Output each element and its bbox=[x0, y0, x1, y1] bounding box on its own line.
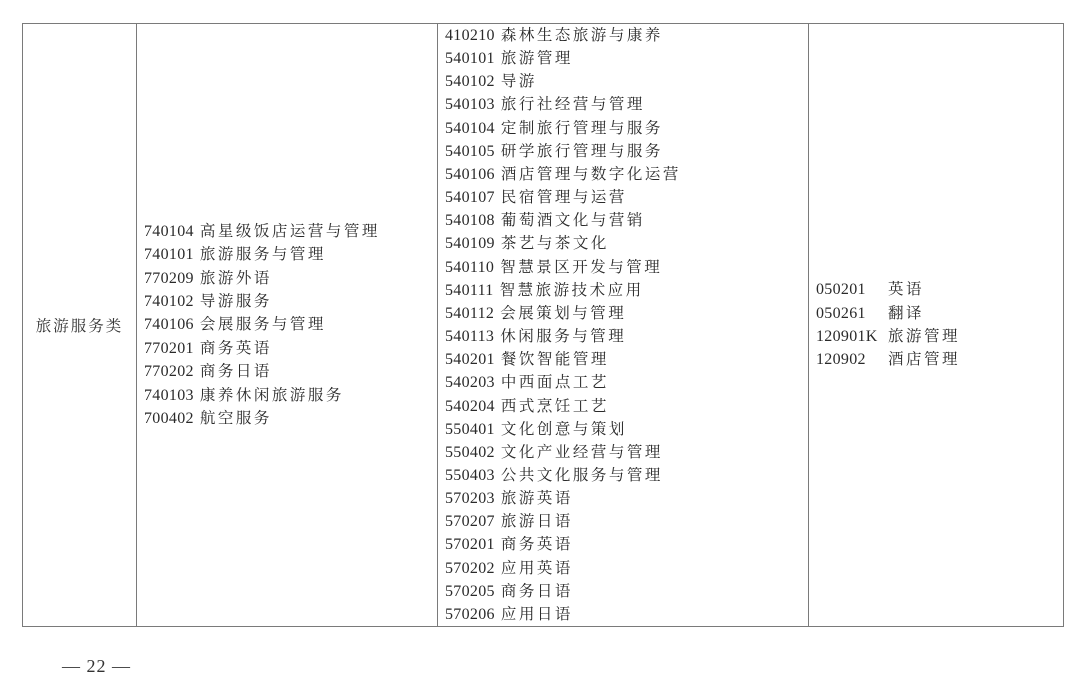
list-item: 550402文化产业经营与管理 bbox=[445, 441, 808, 464]
list-item: 550401文化创意与策划 bbox=[445, 418, 808, 441]
major-name: 旅游管理 bbox=[501, 49, 573, 67]
major-code: 540107 bbox=[445, 187, 495, 209]
list-item: 540108葡萄酒文化与营销 bbox=[445, 209, 808, 232]
list-item: 570206应用日语 bbox=[445, 603, 808, 626]
major-name: 西式烹饪工艺 bbox=[501, 397, 609, 415]
major-code: 570201 bbox=[445, 534, 495, 556]
major-name: 旅游英语 bbox=[501, 489, 573, 507]
major-catalog-table: 旅游服务类 740104高星级饭店运营与管理740101旅游服务与管理77020… bbox=[22, 23, 1064, 627]
table-row: 旅游服务类 740104高星级饭店运营与管理740101旅游服务与管理77020… bbox=[23, 24, 1064, 627]
major-code: 740102 bbox=[144, 291, 194, 313]
major-code: 540105 bbox=[445, 141, 495, 163]
page-number-value: 22 bbox=[87, 656, 107, 676]
major-name: 森林生态旅游与康养 bbox=[501, 26, 663, 44]
list-item: 540109茶艺与茶文化 bbox=[445, 232, 808, 255]
undergraduate-list: 050201英语050261翻译120901K旅游管理120902酒店管理 bbox=[809, 278, 1063, 372]
major-code: 740106 bbox=[144, 314, 194, 336]
major-name: 茶艺与茶文化 bbox=[501, 234, 609, 252]
major-code: 570207 bbox=[445, 511, 495, 533]
major-name: 智慧旅游技术应用 bbox=[500, 281, 644, 299]
major-name: 高星级饭店运营与管理 bbox=[200, 222, 380, 240]
secondary-vocational-cell: 740104高星级饭店运营与管理740101旅游服务与管理770209旅游外语7… bbox=[137, 24, 438, 627]
list-item: 540103旅行社经营与管理 bbox=[445, 93, 808, 116]
major-name: 航空服务 bbox=[200, 409, 272, 427]
major-name: 商务英语 bbox=[200, 339, 272, 357]
major-code: 540108 bbox=[445, 210, 495, 232]
major-name: 旅游管理 bbox=[888, 327, 960, 345]
major-code: 770201 bbox=[144, 338, 194, 360]
major-name: 应用英语 bbox=[501, 559, 573, 577]
higher-vocational-list: 410210森林生态旅游与康养540101旅游管理540102导游540103旅… bbox=[438, 24, 808, 626]
list-item: 540201餐饮智能管理 bbox=[445, 348, 808, 371]
major-code: 570205 bbox=[445, 581, 495, 603]
list-item: 740106会展服务与管理 bbox=[144, 313, 437, 336]
major-code: 540204 bbox=[445, 396, 495, 418]
major-code: 540109 bbox=[445, 233, 495, 255]
major-code: 540102 bbox=[445, 71, 495, 93]
major-name: 旅游服务与管理 bbox=[200, 245, 326, 263]
list-item: 740102导游服务 bbox=[144, 290, 437, 313]
list-item: 740101旅游服务与管理 bbox=[144, 243, 437, 266]
document-page: 旅游服务类 740104高星级饭店运营与管理740101旅游服务与管理77020… bbox=[0, 0, 1080, 693]
list-item: 770209旅游外语 bbox=[144, 267, 437, 290]
list-item: 700402航空服务 bbox=[144, 407, 437, 430]
major-code: 740101 bbox=[144, 244, 194, 266]
major-name: 文化创意与策划 bbox=[501, 420, 627, 438]
major-code: 410210 bbox=[445, 25, 495, 47]
higher-vocational-cell: 410210森林生态旅游与康养540101旅游管理540102导游540103旅… bbox=[438, 24, 809, 627]
list-item: 410210森林生态旅游与康养 bbox=[445, 24, 808, 47]
major-code: 570206 bbox=[445, 604, 495, 626]
list-item: 540112会展策划与管理 bbox=[445, 302, 808, 325]
major-code: 740104 bbox=[144, 221, 194, 243]
major-name: 商务日语 bbox=[200, 362, 272, 380]
list-item: 550403公共文化服务与管理 bbox=[445, 464, 808, 487]
major-name: 中西面点工艺 bbox=[501, 373, 609, 391]
category-cell: 旅游服务类 bbox=[23, 24, 137, 627]
list-item: 120902酒店管理 bbox=[816, 348, 1063, 371]
list-item: 540101旅游管理 bbox=[445, 47, 808, 70]
secondary-vocational-list: 740104高星级饭店运营与管理740101旅游服务与管理770209旅游外语7… bbox=[137, 220, 437, 431]
major-name: 智慧景区开发与管理 bbox=[500, 258, 662, 276]
major-name: 旅游日语 bbox=[501, 512, 573, 530]
list-item: 770201商务英语 bbox=[144, 337, 437, 360]
list-item: 120901K旅游管理 bbox=[816, 325, 1063, 348]
category-label: 旅游服务类 bbox=[36, 317, 124, 335]
major-name: 酒店管理与数字化运营 bbox=[501, 165, 681, 183]
list-item: 540107民宿管理与运营 bbox=[445, 186, 808, 209]
page-number: — 22 — bbox=[62, 656, 131, 677]
major-code: 550403 bbox=[445, 465, 495, 487]
list-item: 540204西式烹饪工艺 bbox=[445, 395, 808, 418]
major-name: 康养休闲旅游服务 bbox=[200, 386, 344, 404]
major-name: 旅游外语 bbox=[200, 269, 272, 287]
major-code: 540101 bbox=[445, 48, 495, 70]
major-name: 餐饮智能管理 bbox=[501, 350, 609, 368]
list-item: 770202商务日语 bbox=[144, 360, 437, 383]
list-item: 740103康养休闲旅游服务 bbox=[144, 384, 437, 407]
major-code: 550401 bbox=[445, 419, 495, 441]
major-code: 550402 bbox=[445, 442, 495, 464]
major-name: 商务日语 bbox=[501, 582, 573, 600]
list-item: 570202应用英语 bbox=[445, 557, 808, 580]
major-code: 700402 bbox=[144, 408, 194, 430]
list-item: 540104定制旅行管理与服务 bbox=[445, 117, 808, 140]
major-code: 770209 bbox=[144, 268, 194, 290]
page-number-dash-left: — bbox=[62, 656, 81, 676]
major-name: 文化产业经营与管理 bbox=[501, 443, 663, 461]
list-item: 540105研学旅行管理与服务 bbox=[445, 140, 808, 163]
major-code: 540106 bbox=[445, 164, 495, 186]
major-name: 休闲服务与管理 bbox=[500, 327, 626, 345]
page-number-dash-right: — bbox=[112, 656, 131, 676]
major-code: 540103 bbox=[445, 94, 495, 116]
list-item: 540113休闲服务与管理 bbox=[445, 325, 808, 348]
major-code: 540112 bbox=[445, 303, 494, 325]
list-item: 570201商务英语 bbox=[445, 533, 808, 556]
undergraduate-cell: 050201英语050261翻译120901K旅游管理120902酒店管理 bbox=[809, 24, 1064, 627]
major-name: 酒店管理 bbox=[888, 350, 960, 368]
list-item: 540102导游 bbox=[445, 70, 808, 93]
major-code: 770202 bbox=[144, 361, 194, 383]
list-item: 540110智慧景区开发与管理 bbox=[445, 256, 808, 279]
list-item: 540111智慧旅游技术应用 bbox=[445, 279, 808, 302]
major-code: 540104 bbox=[445, 118, 495, 140]
major-code: 120901K bbox=[816, 326, 882, 348]
major-name: 会展策划与管理 bbox=[500, 304, 626, 322]
list-item: 570203旅游英语 bbox=[445, 487, 808, 510]
major-code: 540203 bbox=[445, 372, 495, 394]
list-item: 050261翻译 bbox=[816, 302, 1063, 325]
major-name: 公共文化服务与管理 bbox=[501, 466, 663, 484]
major-name: 应用日语 bbox=[501, 605, 573, 623]
major-code: 740103 bbox=[144, 385, 194, 407]
major-code: 050201 bbox=[816, 279, 882, 301]
list-item: 540203中西面点工艺 bbox=[445, 371, 808, 394]
major-code: 570203 bbox=[445, 488, 495, 510]
major-name: 会展服务与管理 bbox=[200, 315, 326, 333]
major-code: 540201 bbox=[445, 349, 495, 371]
major-name: 旅行社经营与管理 bbox=[501, 95, 645, 113]
major-name: 导游 bbox=[501, 72, 537, 90]
major-name: 导游服务 bbox=[200, 292, 272, 310]
list-item: 740104高星级饭店运营与管理 bbox=[144, 220, 437, 243]
major-code: 120902 bbox=[816, 349, 882, 371]
major-code: 540110 bbox=[445, 257, 494, 279]
major-code: 050261 bbox=[816, 303, 882, 325]
major-code: 570202 bbox=[445, 558, 495, 580]
major-name: 研学旅行管理与服务 bbox=[501, 142, 663, 160]
major-name: 定制旅行管理与服务 bbox=[501, 119, 663, 137]
list-item: 570205商务日语 bbox=[445, 580, 808, 603]
major-name: 葡萄酒文化与营销 bbox=[501, 211, 645, 229]
major-code: 540111 bbox=[445, 280, 494, 302]
major-name: 商务英语 bbox=[501, 535, 573, 553]
list-item: 540106酒店管理与数字化运营 bbox=[445, 163, 808, 186]
list-item: 570207旅游日语 bbox=[445, 510, 808, 533]
major-code: 540113 bbox=[445, 326, 494, 348]
major-name: 翻译 bbox=[888, 304, 924, 322]
major-name: 英语 bbox=[888, 280, 924, 298]
list-item: 050201英语 bbox=[816, 278, 1063, 301]
major-name: 民宿管理与运营 bbox=[501, 188, 627, 206]
